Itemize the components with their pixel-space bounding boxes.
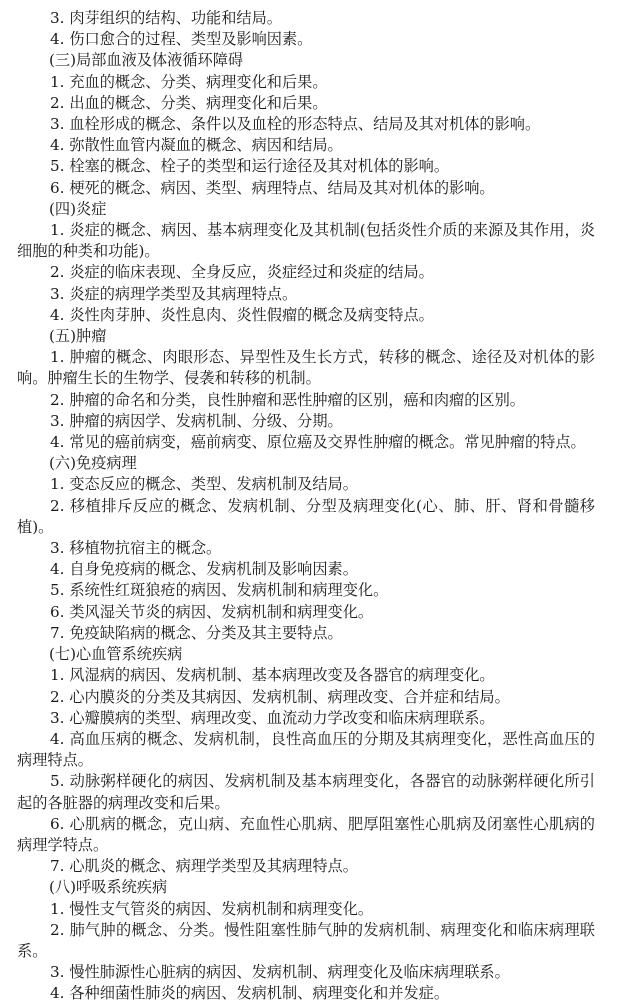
list-item: 1. 肿瘤的概念、肉眼形态、异型性及生长方式，转移的概念、途径及对机体的影响。肿…	[17, 347, 595, 389]
section-heading: (七)心血管系统疾病	[17, 644, 595, 665]
list-item: 7. 心肌炎的概念、病理学类型及其病理特点。	[17, 856, 595, 877]
section-heading: (三)局部血液及体液循环障碍	[17, 50, 595, 71]
list-item: 5. 系统性红斑狼疮的病因、发病机制和病理变化。	[17, 580, 595, 601]
list-item: 4. 炎性肉芽肿、炎性息肉、炎性假瘤的概念及病变特点。	[17, 305, 595, 326]
list-item: 3. 肿瘤的病因学、发病机制、分级、分期。	[17, 411, 595, 432]
list-item: 4. 弥散性血管内凝血的概念、病因和结局。	[17, 135, 595, 156]
list-item: 2. 炎症的临床表现、全身反应，炎症经过和炎症的结局。	[17, 262, 595, 283]
list-item: 4. 高血压病的概念、发病机制，良性高血压的分期及其病理变化，恶性高血压的病理特…	[17, 729, 595, 771]
list-item: 6. 心肌病的概念，克山病、充血性心肌病、肥厚阻塞性心肌病及闭塞性心肌病的病理学…	[17, 814, 595, 856]
list-item: 1. 炎症的概念、病因、基本病理变化及其机制(包括炎性介质的来源及其作用，炎细胞…	[17, 220, 595, 262]
list-item: 7. 免疫缺陷病的概念、分类及其主要特点。	[17, 623, 595, 644]
list-item: 3. 移植物抗宿主的概念。	[17, 538, 595, 559]
list-item: 4. 常见的癌前病变，癌前病变、原位癌及交界性肿瘤的概念。常见肿瘤的特点。	[17, 432, 595, 453]
list-item: 2. 肿瘤的命名和分类，良性肿瘤和恶性肿瘤的区别，癌和肉瘤的区别。	[17, 390, 595, 411]
list-item: 3. 慢性肺源性心脏病的病因、发病机制、病理变化及临床病理联系。	[17, 962, 595, 983]
list-item: 6. 梗死的概念、病因、类型、病理特点、结局及其对机体的影响。	[17, 178, 595, 199]
list-item: 3. 炎症的病理学类型及其病理特点。	[17, 284, 595, 305]
list-item: 4. 伤口愈合的过程、类型及影响因素。	[17, 29, 595, 50]
list-item: 1. 慢性支气管炎的病因、发病机制和病理变化。	[17, 899, 595, 920]
list-item: 2. 肺气肿的概念、分类。慢性阻塞性肺气肿的发病机制、病理变化和临床病理联系。	[17, 920, 595, 962]
list-item: 1. 变态反应的概念、类型、发病机制及结局。	[17, 474, 595, 495]
list-item: 4. 各种细菌性肺炎的病因、发病机制、病理变化和并发症。	[17, 983, 595, 1004]
list-item: 3. 心瓣膜病的类型、病理改变、血流动力学改变和临床病理联系。	[17, 708, 595, 729]
section-heading: (五)肿瘤	[17, 326, 595, 347]
section-heading: (四)炎症	[17, 199, 595, 220]
list-item: 1. 充血的概念、分类、病理变化和后果。	[17, 72, 595, 93]
list-item: 1. 风湿病的病因、发病机制、基本病理改变及各器官的病理变化。	[17, 665, 595, 686]
list-item: 2. 心内膜炎的分类及其病因、发病机制、病理改变、合并症和结局。	[17, 687, 595, 708]
list-item: 3. 肉芽组织的结构、功能和结局。	[17, 8, 595, 29]
list-item: 2. 移植排斥反应的概念、发病机制、分型及病理变化(心、肺、肝、肾和骨髓移植)。	[17, 496, 595, 538]
list-item: 2. 出血的概念、分类、病理变化和后果。	[17, 93, 595, 114]
document-page: 3. 肉芽组织的结构、功能和结局。 4. 伤口愈合的过程、类型及影响因素。 (三…	[0, 0, 623, 1008]
list-item: 5. 动脉粥样硬化的病因、发病机制及基本病理变化，各器官的动脉粥样硬化所引起的各…	[17, 771, 595, 813]
list-item: 5. 栓塞的概念、栓子的类型和运行途径及其对机体的影响。	[17, 156, 595, 177]
list-item: 3. 血栓形成的概念、条件以及血栓的形态特点、结局及其对机体的影响。	[17, 114, 595, 135]
list-item: 4. 自身免疫病的概念、发病机制及影响因素。	[17, 559, 595, 580]
section-heading: (六)免疫病理	[17, 453, 595, 474]
list-item: 6. 类风湿关节炎的病因、发病机制和病理变化。	[17, 602, 595, 623]
section-heading: (八)呼吸系统疾病	[17, 877, 595, 898]
